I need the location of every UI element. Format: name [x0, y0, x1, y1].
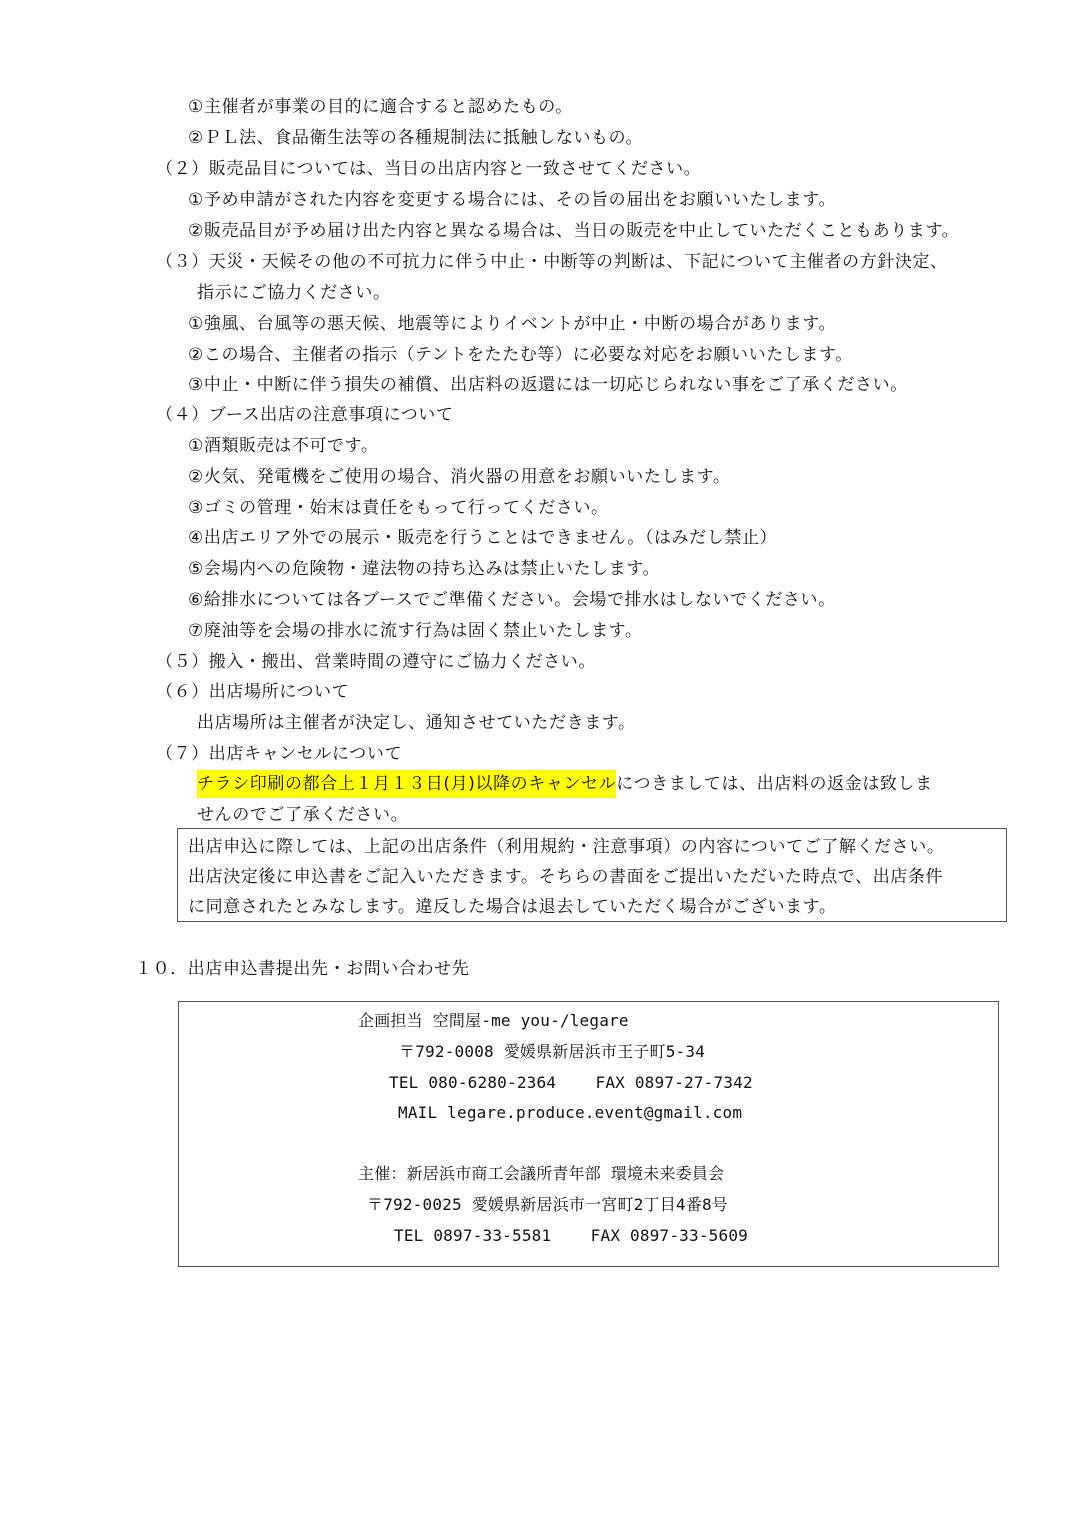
item3-sub-2: ②この場合、主催者の指示（テントをたたむ等）に必要な対応をお願いいたします。 [188, 344, 853, 366]
notice-line-1: 出店申込に際しては、上記の出店条件（利用規約・注意事項）の内容についてご了解くだ… [188, 836, 944, 858]
item2-sub-2: ②販売品目が予め届け出た内容と異なる場合は、当日の販売を中止していただくこともあ… [188, 220, 959, 242]
notice-line-3: に同意されたとみなします。違反した場合は退去していただく場合がございます。 [188, 896, 836, 918]
organizer-title: 主催：新居浜市商工会議所青年部 環境未来委員会 [358, 1163, 724, 1185]
planner-address: 〒792-0008 愛媛県新居浜市王子町5-34 [399, 1041, 705, 1063]
item4-sub-4: ④出店エリア外での展示・販売を行うことはできません。（はみだし禁止） [188, 527, 777, 549]
item3-heading-line2: 指示にご協力ください。 [197, 282, 391, 304]
item4-sub-1: ①酒類販売は不可です。 [188, 435, 378, 457]
planner-title: 企画担当 空間屋-me you-/legare [358, 1010, 629, 1032]
item1-sub-2: ②ＰＬ法、食品衛生法等の各種規制法に抵触しないもの。 [188, 127, 643, 149]
item2-sub-1: ①予め申請がされた内容を変更する場合には、その旨の届出をお願いいたします。 [188, 189, 836, 211]
item3-heading-line1: （３）天災・天候その他の不可抗力に伴う中止・中断等の判断は、下記について主催者の… [156, 251, 948, 273]
document-page: ①主催者が事業の目的に適合すると認めたもの。 ②ＰＬ法、食品衛生法等の各種規制法… [0, 0, 1076, 1521]
item3-sub-1: ①強風、台風等の悪天候、地震等によりイベントが中止・中断の場合があります。 [188, 313, 836, 335]
item2-heading: （２）販売品目については、当日の出店内容と一致させてください。 [156, 158, 701, 180]
item7-line1-rest: につきましては、出店料の返金は致しま [616, 774, 932, 794]
organizer-tel-fax: TEL 0897-33-5581 FAX 0897-33-5609 [394, 1225, 748, 1247]
item4-sub-7: ⑦廃油等を会場の排水に流す行為は固く禁止いたします。 [188, 620, 642, 642]
planner-email[interactable]: MAIL legare.produce.event@gmail.com [398, 1102, 742, 1124]
item4-sub-6: ⑥給排水については各ブースでご準備ください。会場で排水はしないでください。 [188, 589, 836, 611]
item5-heading: （５）搬入・搬出、営業時間の遵守にご協力ください。 [156, 651, 596, 673]
item4-sub-3: ③ゴミの管理・始末は責任をもって行ってください。 [188, 497, 609, 519]
item7-line1: チラシ印刷の都合上１月１３日(月)以降のキャンセルにつきましては、出店料の返金は… [197, 773, 933, 795]
cancellation-deadline-highlight: チラシ印刷の都合上１月１３日(月)以降のキャンセル [197, 770, 616, 798]
planner-tel-fax: TEL 080-6280-2364 FAX 0897-27-7342 [389, 1072, 753, 1094]
item4-sub-2: ②火気、発電機をご使用の場合、消火器の用意をお願いいたします。 [188, 466, 730, 488]
item6-heading: （６）出店場所について [156, 681, 349, 703]
item3-sub-3: ③中止・中断に伴う損失の補償、出店料の返還には一切応じられない事をご了承ください… [188, 374, 908, 396]
item4-sub-5: ⑤会場内への危険物・違法物の持ち込みは禁止いたします。 [188, 558, 660, 580]
notice-line-2: 出店決定後に申込書をご記入いただきます。そちらの書面をご提出いただいた時点で、出… [188, 866, 943, 888]
item1-sub-1: ①主催者が事業の目的に適合すると認めたもの。 [188, 96, 573, 118]
item7-heading: （７）出店キャンセルについて [156, 743, 402, 765]
item4-heading: （４）ブース出店の注意事項について [156, 404, 454, 426]
organizer-address: 〒792-0025 愛媛県新居浜市一宮町2丁目4番8号 [367, 1194, 728, 1216]
item6-body: 出店場所は主催者が決定し、通知させていただきます。 [197, 712, 636, 734]
section10-heading: １０．出店申込書提出先・お問い合わせ先 [135, 958, 469, 980]
item7-line2: せんのでご了承ください。 [197, 804, 408, 826]
